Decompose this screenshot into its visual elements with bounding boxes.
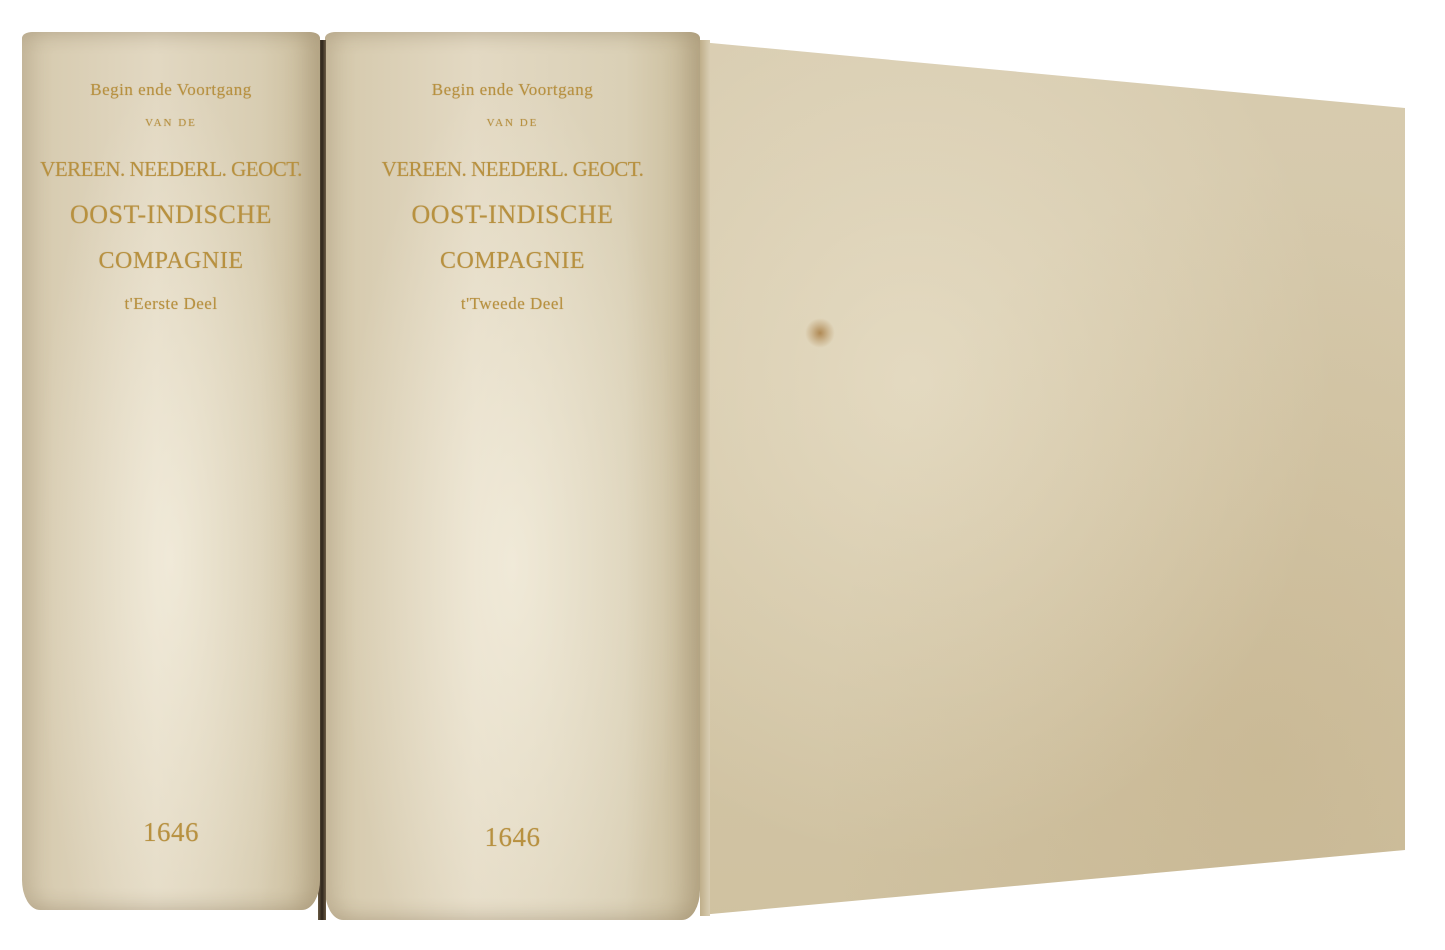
photo-scene: Begin ende Voortgang VAN DE VEREEN. NEED… xyxy=(0,0,1445,950)
vellum-stain xyxy=(805,318,835,348)
spine-title-line: VAN DE xyxy=(325,117,700,129)
front-board-hinge xyxy=(700,40,710,916)
spine-title-line: VEREEN. NEEDERL. GEOCT. xyxy=(325,157,700,182)
spine-title-line: VEREEN. NEEDERL. GEOCT. xyxy=(22,157,320,182)
spine-title-line: VAN DE xyxy=(22,117,320,129)
spine-title-line: Begin ende Voortgang xyxy=(325,80,700,100)
front-board-vellum xyxy=(700,0,1410,950)
spine-volume-label: t'Eerste Deel xyxy=(22,294,320,314)
book-spine-volume-1: Begin ende Voortgang VAN DE VEREEN. NEED… xyxy=(22,32,320,910)
spine-year: 1646 xyxy=(325,822,700,853)
spine-year: 1646 xyxy=(22,817,320,848)
book-spine-volume-2: Begin ende Voortgang VAN DE VEREEN. NEED… xyxy=(325,32,700,920)
spine-title-line: Begin ende Voortgang xyxy=(22,80,320,100)
spine-title-line: COMPAGNIE xyxy=(325,248,700,275)
spine-title-line: OOST-INDISCHE xyxy=(325,200,700,230)
spine-title-line: COMPAGNIE xyxy=(22,248,320,275)
spine-volume-label: t'Tweede Deel xyxy=(325,294,700,314)
spine-title-line: OOST-INDISCHE xyxy=(22,200,320,230)
